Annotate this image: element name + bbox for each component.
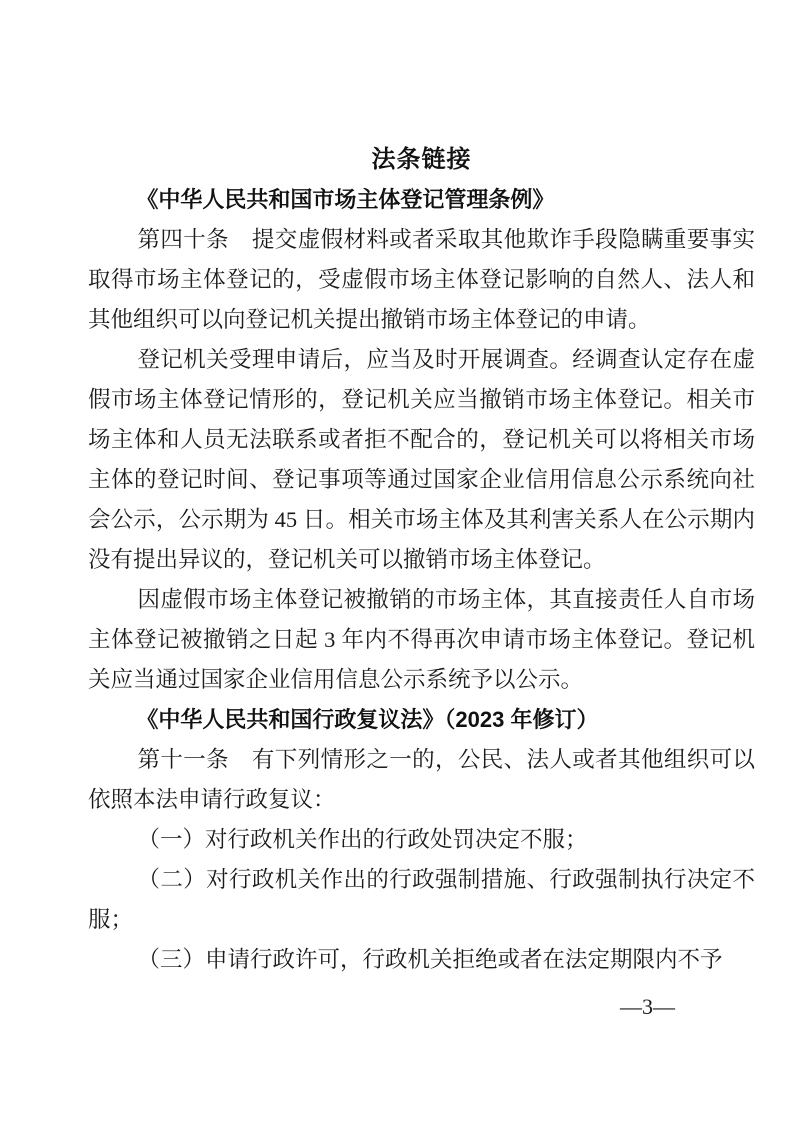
page-number: —3— xyxy=(620,992,675,1022)
law-heading-market-entity-registration-regulation: 《中华人民共和国市场主体登记管理条例》 xyxy=(88,180,755,220)
document-page: 法条链接 《中华人民共和国市场主体登记管理条例》 第四十条 提交虚假材料或者采取… xyxy=(0,0,793,1122)
paragraph-revocation-consequence: 因虚假市场主体登记被撤销的市场主体，其直接责任人自市场主体登记被撤销之日起 3 … xyxy=(88,580,755,700)
list-item-1: （一）对行政机关作出的行政处罚决定不服； xyxy=(88,820,755,860)
paragraph-article-40: 第四十条 提交虚假材料或者采取其他欺诈手段隐瞒重要事实取得市场主体登记的，受虚假… xyxy=(88,220,755,340)
document-content: 法条链接 《中华人民共和国市场主体登记管理条例》 第四十条 提交虚假材料或者采取… xyxy=(88,140,755,980)
paragraph-investigation-procedure: 登记机关受理申请后，应当及时开展调查。经调查认定存在虚假市场主体登记情形的，登记… xyxy=(88,340,755,580)
page-title: 法条链接 xyxy=(88,140,755,180)
list-item-3: （三）申请行政许可，行政机关拒绝或者在法定期限内不予 xyxy=(88,940,755,980)
law-heading-administrative-reconsideration-law: 《中华人民共和国行政复议法》（2023 年修订） xyxy=(88,700,755,740)
list-item-2: （二）对行政机关作出的行政强制措施、行政强制执行决定不服； xyxy=(88,860,755,940)
paragraph-article-11: 第十一条 有下列情形之一的，公民、法人或者其他组织可以依照本法申请行政复议： xyxy=(88,740,755,820)
